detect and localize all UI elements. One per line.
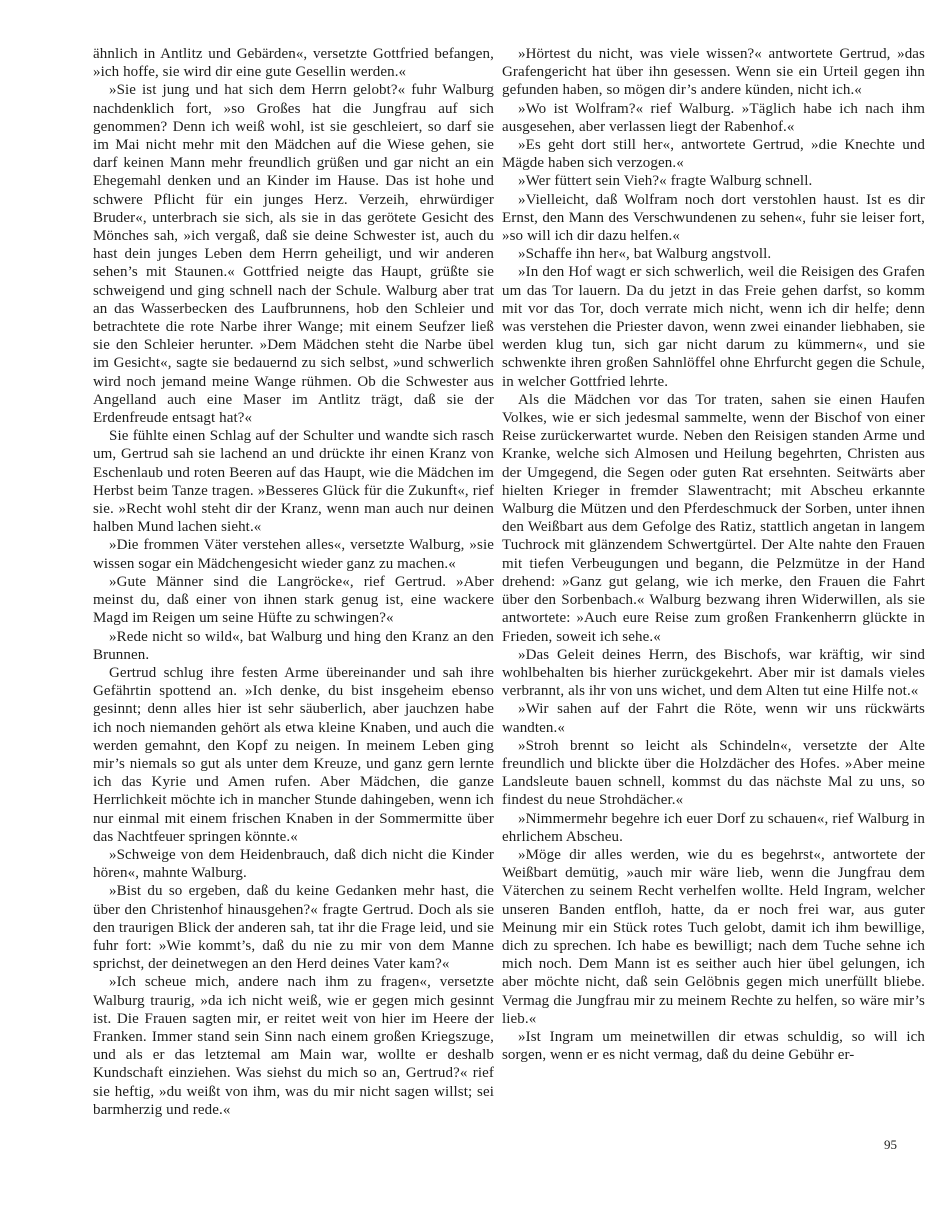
paragraph: »Schaffe ihn her«, bat Walburg angstvoll… bbox=[502, 245, 925, 263]
paragraph: »Es geht dort still her«, antwortete Ger… bbox=[502, 136, 925, 172]
paragraph: »Gute Männer sind die Langröcke«, rief G… bbox=[93, 573, 494, 628]
paragraph: »Möge dir alles werden, wie du es begehr… bbox=[502, 846, 925, 1028]
paragraph: »Stroh brennt so leicht als Schindeln«, … bbox=[502, 737, 925, 810]
paragraph: »Wo ist Wolfram?« rief Walburg. »Täglich… bbox=[502, 100, 925, 136]
paragraph: »Nimmermehr begehre ich euer Dorf zu sch… bbox=[502, 810, 925, 846]
paragraph: »Rede nicht so wild«, bat Walburg und hi… bbox=[93, 628, 494, 664]
paragraph: »Die frommen Väter verstehen alles«, ver… bbox=[93, 536, 494, 572]
text-column-right: »Hörtest du nicht, was viele wissen?« an… bbox=[502, 45, 925, 1064]
paragraph: »In den Hof wagt er sich schwerlich, wei… bbox=[502, 263, 925, 390]
paragraph: »Vielleicht, daß Wolfram noch dort verst… bbox=[502, 191, 925, 246]
paragraph: Sie fühlte einen Schlag auf der Schulter… bbox=[93, 427, 494, 536]
paragraph: »Bist du so ergeben, daß du keine Gedank… bbox=[93, 882, 494, 973]
paragraph: Als die Mädchen vor das Tor traten, sahe… bbox=[502, 391, 925, 646]
book-page: ähnlich in Antlitz und Gebärden«, verset… bbox=[0, 0, 935, 1210]
paragraph: »Ich scheue mich, andere nach ihm zu fra… bbox=[93, 973, 494, 1119]
paragraph: »Schweige von dem Heidenbrauch, daß dich… bbox=[93, 846, 494, 882]
paragraph: »Sie ist jung und hat sich dem Herrn gel… bbox=[93, 81, 494, 427]
paragraph: »Das Geleit deines Herrn, des Bischofs, … bbox=[502, 646, 925, 701]
paragraph: ähnlich in Antlitz und Gebärden«, verset… bbox=[93, 45, 494, 81]
paragraph: »Wer füttert sein Vieh?« fragte Walburg … bbox=[502, 172, 925, 190]
paragraph: Gertrud schlug ihre festen Arme übereina… bbox=[93, 664, 494, 846]
paragraph: »Hörtest du nicht, was viele wissen?« an… bbox=[502, 45, 925, 100]
text-column-left: ähnlich in Antlitz und Gebärden«, verset… bbox=[93, 45, 494, 1119]
paragraph: »Ist Ingram um meinetwillen dir etwas sc… bbox=[502, 1028, 925, 1064]
page-number: 95 bbox=[845, 1137, 897, 1152]
paragraph: »Wir sahen auf der Fahrt die Röte, wenn … bbox=[502, 700, 925, 736]
